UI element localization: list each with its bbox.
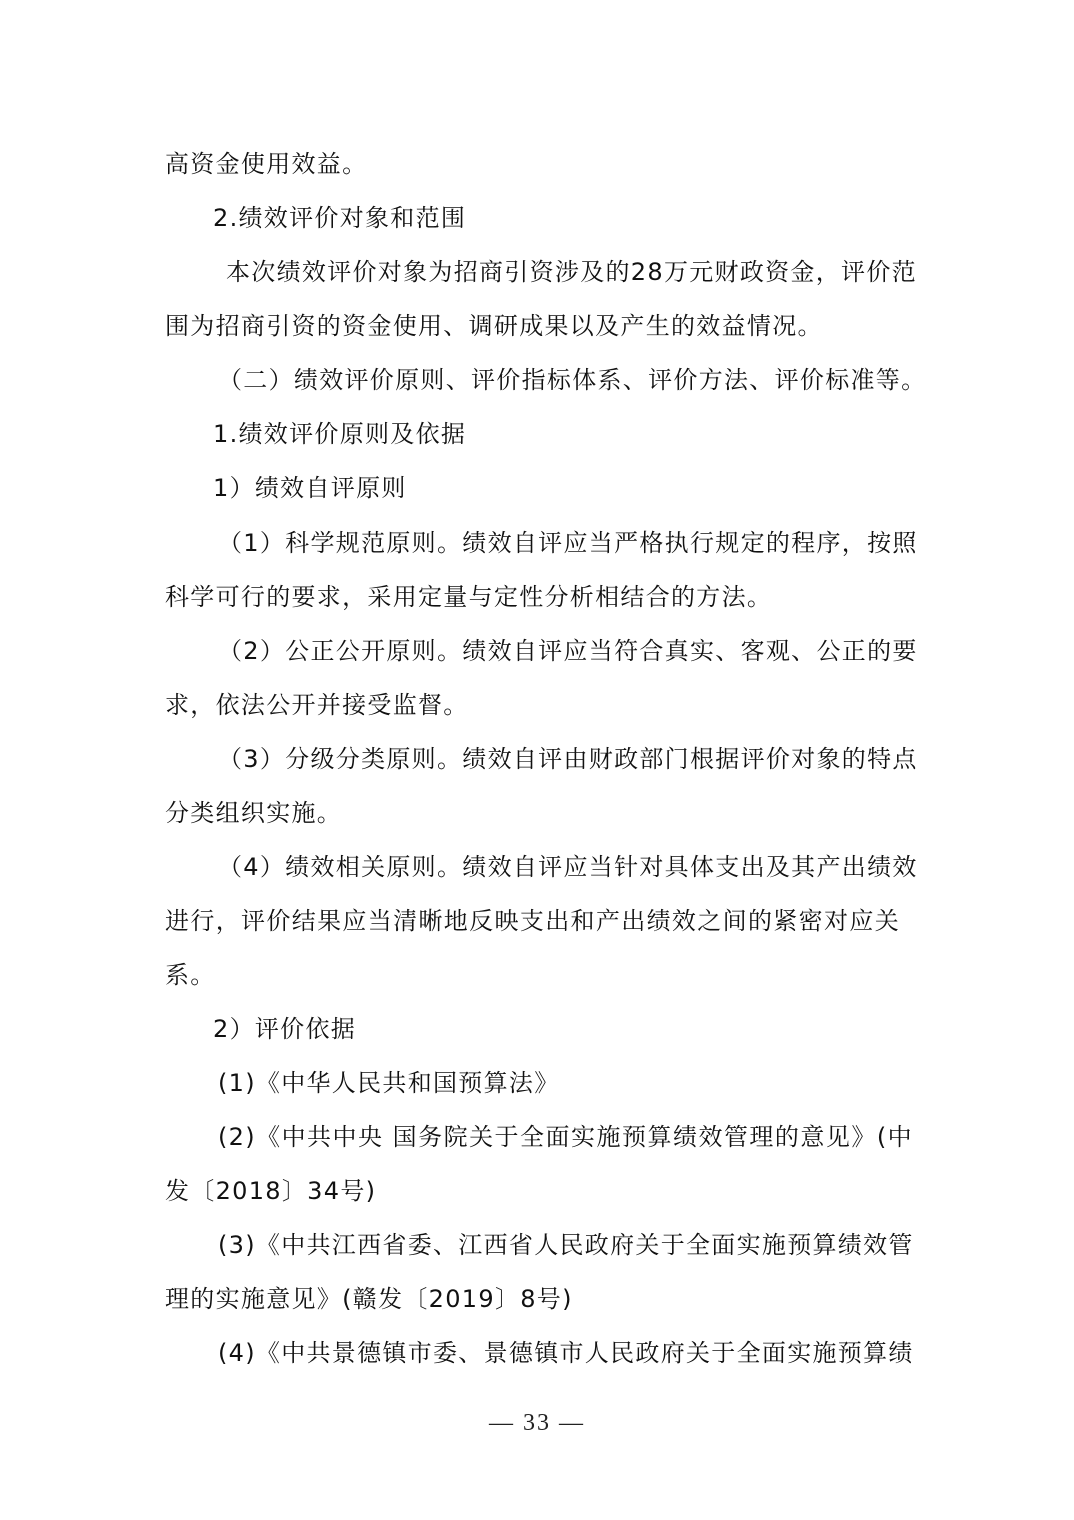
reference-item: 理的实施意见》(赣发〔2019〕8号) [165,1283,913,1315]
subsection-heading: 1）绩效自评原则 [213,472,961,504]
reference-item: (3)《中共江西省委、江西省人民政府关于全面实施预算绩效管 [218,1229,913,1261]
list-item-line: （3）分级分类原则。绩效自评由财政部门根据评价对象的特点 [218,743,913,775]
paragraph-line: 围为招商引资的资金使用、调研成果以及产生的效益情况。 [165,310,913,342]
reference-item: 发〔2018〕34号) [165,1175,913,1207]
list-item-line: （4）绩效相关原则。绩效自评应当针对具体支出及其产出绩效 [218,851,913,883]
paragraph-continuation: 高资金使用效益。 [165,148,913,180]
reference-item: (4)《中共景德镇市委、景德镇市人民政府关于全面实施预算绩 [218,1337,913,1369]
paragraph-line: 本次绩效评价对象为招商引资涉及的28万元财政资金，评价范 [226,256,913,288]
list-item-line: 系。 [165,959,913,991]
section-heading: （二）绩效评价原则、评价指标体系、评价方法、评价标准等。 [218,364,913,396]
subsection-heading: 1.绩效评价原则及依据 [213,418,961,450]
list-item-line: （2）公正公开原则。绩效自评应当符合真实、客观、公正的要 [218,635,913,667]
list-item-line: 进行，评价结果应当清晰地反映支出和产出绩效之间的紧密对应关 [165,905,900,937]
list-item-line: （1）科学规范原则。绩效自评应当严格执行规定的程序，按照 [218,527,913,559]
subsection-heading: 2）评价依据 [213,1013,961,1045]
page-number: — 33 — [0,1410,1074,1437]
document-page: 高资金使用效益。 2.绩效评价对象和范围 本次绩效评价对象为招商引资涉及的28万… [0,0,1074,1520]
reference-item: (1)《中华人民共和国预算法》 [218,1067,966,1099]
list-item-line: 科学可行的要求，采用定量与定性分析相结合的方法。 [165,581,913,613]
list-item-line: 分类组织实施。 [165,797,913,829]
reference-item: (2)《中共中央 国务院关于全面实施预算绩效管理的意见》(中 [218,1121,913,1153]
subsection-heading: 2.绩效评价对象和范围 [213,202,961,234]
list-item-line: 求，依法公开并接受监督。 [165,689,913,721]
